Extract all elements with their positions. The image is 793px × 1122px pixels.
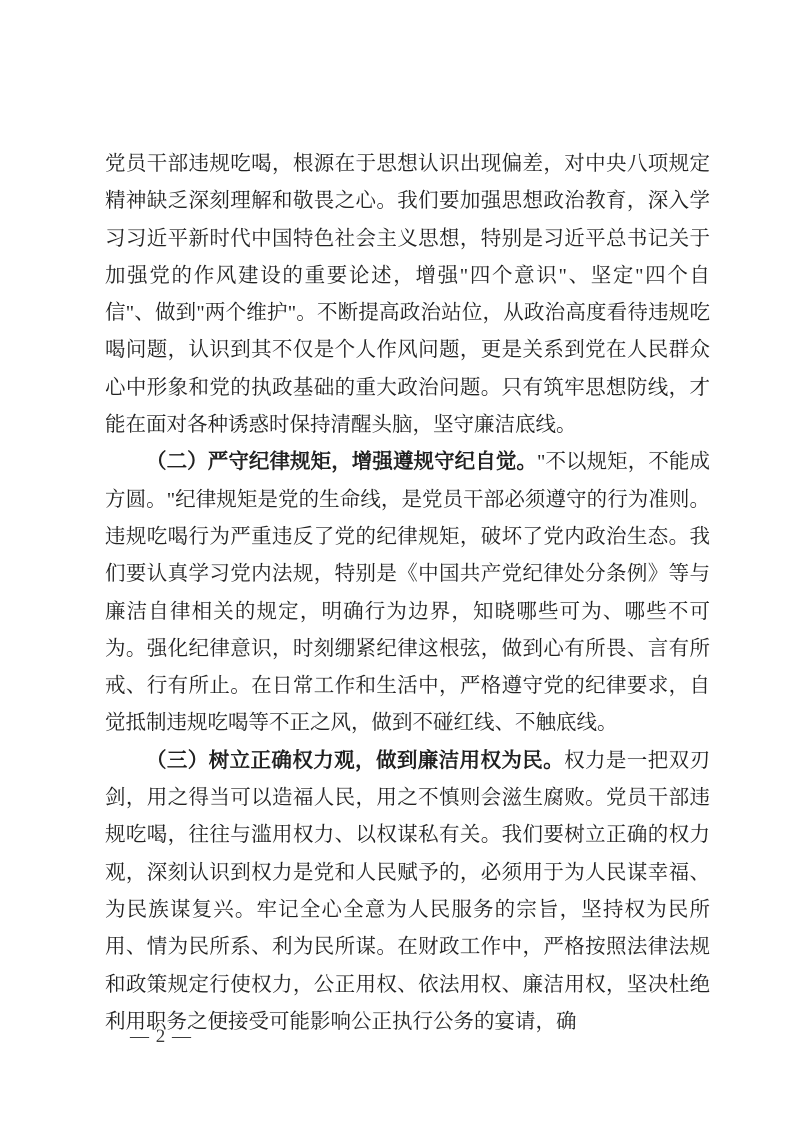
section-heading: （二）严守纪律规矩，增强遵规守纪自觉。 — [146, 451, 537, 473]
paragraph-continuation: 党员干部违规吃喝，根源在于思想认识出现偏差，对中央八项规定精神缺乏深刻理解和敬畏… — [105, 146, 710, 444]
paragraph-text: "不以规矩，不能成方圆。"纪律规矩是党的生命线，是党员干部必须遵守的行为准则。违… — [105, 451, 710, 734]
document-page: 党员干部违规吃喝，根源在于思想认识出现偏差，对中央八项规定精神缺乏深刻理解和敬畏… — [0, 0, 793, 1122]
document-body: 党员干部违规吃喝，根源在于思想认识出现偏差，对中央八项规定精神缺乏深刻理解和敬畏… — [105, 146, 710, 1041]
page-number: — 2 — — [130, 1026, 192, 1048]
paragraph-section-3: （三）树立正确权力观，做到廉洁用权为民。权力是一把双刃剑，用之得当可以造福人民，… — [105, 743, 710, 1041]
paragraph-text: 党员干部违规吃喝，根源在于思想认识出现偏差，对中央八项规定精神缺乏深刻理解和敬畏… — [105, 153, 710, 436]
section-heading: （三）树立正确权力观，做到廉洁用权为民。 — [146, 750, 564, 772]
paragraph-text: 权力是一把双刃剑，用之得当可以造福人民，用之不慎则会滋生腐败。党员干部违规吃喝，… — [105, 750, 710, 1033]
paragraph-section-2: （二）严守纪律规矩，增强遵规守纪自觉。"不以规矩，不能成方圆。"纪律规矩是党的生… — [105, 444, 710, 742]
